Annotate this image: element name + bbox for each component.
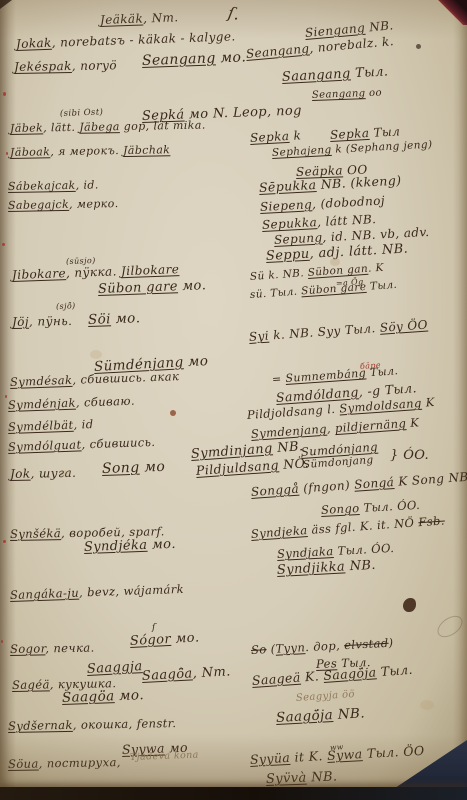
manuscript-text: Sepka (330, 126, 370, 142)
manuscript-line: Sephajeng k (Sephang jeng) (272, 140, 433, 159)
manuscript-line: Song мо (102, 460, 166, 477)
manuscript-text: Jöj (12, 315, 29, 329)
manuscript-line: Seangang, norebalz. k. (245, 35, 394, 60)
manuscript-text: NВ. (306, 770, 337, 786)
manuscript-text: Syywa (122, 741, 165, 757)
manuscript-text: ) (388, 636, 394, 650)
manuscript-line: Jokak, norebatsъ - käkak - kalyge. (16, 30, 236, 50)
manuscript-text: Siengang (304, 21, 365, 40)
manuscript-text: Syndjéka (84, 538, 148, 555)
manuscript-line: ſ (152, 624, 156, 633)
manuscript-text: NB. (kkeng) (316, 173, 402, 192)
manuscript-line: Sangáka-ju, bevz, wájamárk (10, 583, 184, 601)
manuscript-text: , id (73, 417, 93, 432)
rust-dot (170, 410, 176, 416)
manuscript-text: . K (368, 262, 385, 275)
manuscript-text: Sübon gare (301, 281, 367, 298)
manuscript-line: Sábekajcak, id. (8, 179, 99, 192)
manuscript-line: } ÓO. (390, 449, 429, 463)
manuscript-text: , id. NB. vb, adv. (322, 225, 430, 245)
manuscript-line: =a Ög (336, 278, 364, 288)
manuscript-text: Sumdónjang (301, 440, 379, 459)
manuscript-text: Seangang (312, 88, 366, 101)
manuscript-text: , Nm. (143, 10, 179, 25)
manuscript-text: Saangang (282, 66, 351, 85)
foxing-spot (60, 470, 69, 477)
manuscript-text: (süsjo) (66, 256, 96, 266)
manuscript-line: ſ. (227, 5, 242, 24)
manuscript-line: Sümdénjang мо (94, 354, 209, 374)
manuscript-text: Sumnembáng (285, 366, 367, 385)
manuscript-text: k (289, 128, 302, 143)
manuscript-line: ww (330, 743, 344, 752)
page-right-shade (453, 0, 467, 789)
manuscript-text: =a Ög (336, 277, 364, 288)
red-edge-speck (3, 92, 6, 96)
manuscript-text: Syndjeka (251, 523, 308, 541)
manuscript-text: , -g Тыл. (358, 380, 417, 399)
manuscript-line: Jäbek, lätt. Jäbega gop, lät mika. (10, 120, 206, 135)
manuscript-text: sü. Тыл. (250, 285, 302, 301)
manuscript-text: , lätt. (43, 121, 79, 135)
manuscript-text: Pildjoldsang l. (247, 402, 340, 422)
manuscript-line: Saagö̈a мо. (62, 688, 145, 705)
manuscript-text: Тыл. ÓO. (359, 498, 420, 515)
manuscript-text: (sibi Ost) (60, 107, 104, 119)
manuscript-text: , noryö (72, 58, 117, 73)
manuscript-text: NВ. (345, 558, 377, 575)
manuscript-text: NÖ. (278, 455, 309, 472)
manuscript-line: Sü k. NB. Sübon gan. K (250, 263, 385, 283)
manuscript-line: Sēpukka NB. (kkeng) (259, 174, 402, 195)
manuscript-text: K. (300, 668, 324, 685)
manuscript-text: Sogor (10, 641, 46, 656)
manuscript-text: Pes (316, 656, 338, 671)
manuscript-text: Saaggja (87, 659, 143, 677)
manuscript-line: Symdésak, сбившись. акак (10, 370, 180, 388)
manuscript-text: мо. (178, 278, 207, 294)
manuscript-text: Jokak (16, 36, 52, 51)
manuscript-text: , мерко. (69, 197, 119, 211)
manuscript-line: Jöj, пӱнь. (12, 315, 73, 329)
manuscript-text: Saagö̈a (62, 688, 115, 706)
manuscript-text: Saagö́ja (323, 664, 377, 683)
manuscript-text: Sepka (250, 129, 290, 145)
manuscript-line: бӓре (360, 362, 382, 372)
manuscript-text: Saagö́ja (276, 707, 334, 726)
manuscript-text: Тыл. (366, 279, 398, 293)
manuscript-line: Jibokare, пӱкка. Jilbokare (12, 263, 180, 281)
manuscript-line: Seppu, adj. látt. NB. (266, 243, 409, 264)
manuscript-line: Sepka Тыл (330, 125, 401, 141)
manuscript-text: , norebalz. k. (309, 34, 395, 55)
manuscript-text: , окошка, fenstr. (73, 716, 177, 732)
manuscript-line: Sagéä, кукушка. (12, 677, 117, 691)
manuscript-text: , adj. látt. NB. (309, 242, 408, 262)
manuscript-text: Syndjaka (277, 544, 334, 561)
manuscript-line: Saageä K. Saagö́ja Тыл. (252, 663, 414, 687)
manuscript-line: Sumdónjang (301, 441, 379, 458)
manuscript-text: , сбившись. акак (72, 369, 179, 387)
manuscript-text: Songo (321, 501, 360, 517)
manuscript-line: Syndjéka мо. (84, 538, 176, 555)
manuscript-text: , (326, 421, 335, 436)
red-edge-speck (1, 640, 3, 643)
manuscript-text: Seäpka (296, 163, 343, 179)
manuscript-line: Söi мо. (88, 311, 141, 327)
manuscript-text: Тыл. ÓO. (333, 541, 394, 558)
manuscript-line: (sibi Ost) (60, 108, 104, 118)
manuscript-line: Saaggja (87, 660, 143, 677)
manuscript-text: Syndjikka (277, 559, 346, 578)
manuscript-text: Song (102, 460, 140, 477)
manuscript-text: ww (330, 742, 344, 752)
manuscript-text: k. NB. Syy Тыл. (268, 321, 380, 343)
manuscript-line: Syv̈và NВ. (266, 771, 338, 787)
manuscript-text: мо. (114, 687, 144, 704)
manuscript-text: Jilbokare (121, 262, 180, 278)
manuscript-line: Syndjeka äss fgl. K. it. NÖ Fsb. (251, 514, 446, 540)
manuscript-line: Samdóldang, -g Тыл. (276, 381, 418, 404)
manuscript-text: , látt NB. (317, 212, 377, 229)
manuscript-text: , я мерокъ. (50, 144, 123, 158)
manuscript-text: , norebatsъ - käkak - kalyge. (51, 29, 235, 49)
manuscript-text: мо (183, 353, 209, 370)
manuscript-text: Jibokare (12, 266, 66, 282)
manuscript-line: Sepká мо N. Leop, nog (142, 104, 302, 123)
manuscript-text: , шуга. (30, 466, 76, 481)
manuscript-text: , id. (76, 178, 99, 191)
manuscript-text: Sywa (327, 746, 363, 763)
foxing-spot (420, 700, 434, 710)
manuscript-text: Tyyn (275, 640, 305, 656)
manuscript-line: Sydšernak, окошка, fenstr. (8, 717, 177, 732)
manuscript-line: Sepka k (250, 129, 302, 144)
manuscript-text: мо. (215, 49, 246, 66)
manuscript-text: Sümdonjang (303, 454, 374, 471)
manuscript-text: Syi (248, 329, 269, 344)
manuscript-text: Sübon gare (98, 279, 178, 297)
red-edge-speck (5, 395, 7, 398)
manuscript-line: (sjö̂) (56, 302, 76, 311)
manuscript-line: Syyüa it K. Sywa Тыл. ÖO (250, 744, 425, 766)
manuscript-text: Тыл. (376, 662, 413, 680)
manuscript-text: ( (266, 642, 276, 656)
manuscript-text: pildjernäng (334, 416, 406, 435)
manuscript-text: ОО (343, 163, 368, 178)
manuscript-text: K Song NB (394, 470, 467, 489)
ink-blot (403, 598, 416, 612)
manuscript-line: Sepung, id. NB. vb, adv. (274, 226, 430, 247)
manuscript-text: Symdésak (10, 373, 73, 389)
manuscript-lines: Jeäkäk, Nm.ſ.Jokak, norebatsъ - käkak - … (0, 0, 467, 789)
manuscript-text: Samdóldang (275, 384, 359, 405)
manuscript-text: gop, lät mika. (120, 119, 206, 133)
manuscript-text: Pildjuldsang (195, 457, 279, 478)
manuscript-text: , пӱнь. (29, 314, 73, 329)
manuscript-line: Synšékä, воробей, sparf. (10, 525, 165, 540)
manuscript-line: Syywa мо (122, 741, 188, 756)
manuscript-line: Seäpka ОО (296, 164, 368, 179)
manuscript-text: Sepukka (262, 215, 318, 232)
manuscript-text: , сбившись. (81, 435, 155, 452)
manuscript-text: elvstad (344, 636, 389, 652)
manuscript-line: Jok, шуга. (10, 467, 77, 481)
manuscript-line: Sógor мо. (130, 631, 200, 648)
manuscript-line: Jäboak, я мерокъ. Jäbchak (10, 144, 170, 158)
manuscript-line: Syndjikka NВ. (277, 559, 377, 578)
manuscript-text: Jäbega (79, 120, 120, 134)
manuscript-text: Jekéspak (14, 59, 72, 74)
manuscript-text: Sógor (130, 632, 172, 649)
manuscript-text: , постируха, (39, 755, 121, 770)
ink-dot (416, 44, 421, 49)
manuscript-text: Jäbek (10, 121, 43, 135)
manuscript-text: Sēpukka (259, 177, 317, 195)
manuscript-text: k (Sephang jeng) (331, 139, 432, 156)
manuscript-text: NB. (272, 439, 304, 456)
manuscript-text: NВ. (333, 705, 366, 723)
manuscript-line: Syndjaka Тыл. ÓO. (277, 542, 395, 560)
manuscript-text: , воробей, sparf. (61, 524, 165, 540)
manuscript-text: Sepká (142, 108, 185, 124)
manuscript-text: K (406, 415, 420, 430)
manuscript-text: ſ. (227, 3, 242, 24)
manuscript-line: Seangang мо. (142, 50, 247, 68)
manuscript-text: Saageä (251, 670, 301, 688)
manuscript-text: бӓре (360, 361, 382, 371)
manuscript-text: Symdinjang (190, 441, 273, 462)
manuscript-text: мо (139, 459, 165, 476)
manuscript-photo: Jeäkäk, Nm.ſ.Jokak, norebatsъ - käkak - … (0, 0, 467, 800)
manuscript-text: äss fgl. K. it. NÖ (307, 515, 419, 537)
manuscript-text: Seangang (142, 50, 216, 69)
manuscript-line: Sogor, печка. (10, 642, 95, 656)
foxing-spot (90, 350, 102, 359)
manuscript-text: Symdenjang (251, 422, 328, 441)
manuscript-text: (sjö̂) (56, 301, 76, 311)
manuscript-text: Sangáka-ju (10, 586, 79, 602)
manuscript-text: Söua (8, 756, 39, 771)
manuscript-text: Sábekajcak (8, 179, 76, 193)
manuscript-line: So (Tyyn. дор, elvstad) (251, 637, 394, 657)
manuscript-text: мо. (147, 537, 176, 553)
manuscript-text: Jäboak (10, 145, 50, 159)
manuscript-text: Tjadeva kona (130, 750, 199, 763)
manuscript-text: Fsb. (418, 513, 445, 529)
manuscript-line: = Sumnembáng Тыл. (272, 365, 399, 385)
manuscript-line: Saangang Тыл. (282, 65, 389, 84)
manuscript-text: , кукушка. (50, 676, 117, 691)
manuscript-line: Söua, постируха, (8, 756, 121, 770)
manuscript-text: оо (365, 88, 382, 100)
red-edge-speck (6, 152, 8, 155)
manuscript-line: (süsjo) (66, 257, 96, 266)
manuscript-text: Symdólguat (8, 437, 82, 454)
manuscript-text: Syyüa (250, 750, 291, 767)
manuscript-text: Symdénjak (8, 396, 76, 412)
manuscript-text: Syv̈và (266, 771, 307, 787)
faint-stamp (434, 612, 467, 642)
manuscript-text: Symdoldsang (339, 396, 422, 416)
manuscript-line: Seagyja öö (296, 690, 356, 705)
manuscript-line: Saagö̂a, Nm. (142, 665, 231, 683)
manuscript-text: мо. (171, 630, 200, 646)
manuscript-text: Тыл. (350, 64, 389, 81)
manuscript-text: мо. (111, 310, 141, 327)
manuscript-text: Sagéä (12, 677, 50, 692)
manuscript-text: Тыл. ÖO (362, 743, 425, 761)
gutter-shadow (0, 0, 16, 789)
manuscript-line: Sübon gare мо. (98, 279, 207, 296)
manuscript-text: Jok (10, 467, 31, 481)
table-background-bottom (0, 787, 467, 800)
manuscript-text: Songá (354, 475, 395, 492)
manuscript-text: Sepung (274, 230, 323, 247)
manuscript-text: (fngon) (298, 478, 354, 496)
corner-top-right-binding (437, 0, 467, 25)
manuscript-text: Тыл (369, 124, 401, 140)
manuscript-text: K (421, 395, 435, 410)
manuscript-text: Songgå (250, 482, 299, 499)
manuscript-text: мо N. Leop, nog (184, 103, 302, 122)
manuscript-text: Тыл. (337, 655, 371, 670)
foxing-spot (330, 258, 340, 266)
manuscript-line: Symdólguat, сбившись. (8, 436, 156, 453)
manuscript-text: NB. (364, 18, 394, 34)
manuscript-text: , сбиваю. (76, 394, 136, 410)
stain-marks (0, 0, 467, 789)
manuscript-line: Siengang NB. (304, 19, 394, 39)
manuscript-line: Syi k. NB. Syy Тыл. Söy ÖO (249, 319, 429, 344)
manuscript-text: . дор, (305, 638, 345, 654)
manuscript-line: Jekéspak, noryö (14, 59, 117, 73)
manuscript-text: Sümdénjang (94, 354, 184, 375)
manuscript-line: Songgå (fngon) Songá K Song NB (251, 471, 467, 499)
manuscript-line: Sümdonjang (303, 455, 374, 471)
manuscript-line: Sepukka, látt NB. (262, 213, 377, 232)
manuscript-line: sü. Тыл. Sübon gare Тыл. (250, 280, 398, 301)
red-edge-speck (2, 243, 5, 246)
manuscript-text: ſ (152, 623, 156, 633)
manuscript-text: Söi (88, 311, 111, 328)
manuscript-text: it K. (290, 748, 328, 765)
manuscript-text: , печка. (45, 641, 95, 656)
manuscript-text: , bevz, wájamárk (79, 582, 185, 600)
manuscript-line: Pes Тыл. (316, 656, 371, 670)
manuscript-line: Seangang оо (312, 89, 382, 102)
manuscript-text: Jeäkäk (100, 11, 144, 26)
manuscript-text: Siepeng (260, 197, 313, 214)
manuscript-text: = (272, 372, 286, 386)
manuscript-line: Symdinjang NB. (191, 440, 304, 461)
manuscript-text: } ÓO. (390, 448, 429, 463)
manuscript-text: Sydšernak (8, 718, 73, 733)
manuscript-line: Symdénjak, сбиваю. (8, 395, 135, 411)
manuscript-line: Sabegajck, мерко. (8, 198, 119, 211)
manuscript-line: Tjadeva kona (130, 751, 199, 763)
manuscript-text: , пӱкка. (66, 264, 122, 280)
manuscript-text: Synšékä (10, 526, 61, 541)
manuscript-text: Sephajeng (272, 144, 332, 159)
manuscript-text: мо (165, 740, 189, 756)
manuscript-text: Söy ÖO (379, 318, 428, 335)
manuscript-text: Тыл. (366, 364, 399, 379)
manuscript-line: Symdenjang, pildjernäng K (251, 416, 420, 440)
manuscript-line: Symdélbät, id (8, 418, 94, 433)
manuscript-text: Sabegajck (8, 198, 69, 212)
manuscript-text: Jäbchak (123, 143, 171, 157)
manuscript-text: So (251, 642, 267, 657)
manuscript-text: , Nm. (192, 664, 231, 681)
manuscript-text: Symdélbät (8, 418, 74, 434)
manuscript-text: Seppu (266, 247, 310, 264)
manuscript-text: Seagyja öö (296, 689, 356, 704)
manuscript-line: Pildjoldsang l. Symdoldsang K (247, 396, 436, 421)
manuscript-page: Jeäkäk, Nm.ſ.Jokak, norebatsъ - käkak - … (0, 0, 467, 791)
manuscript-text: Sü k. NB. (250, 267, 309, 283)
manuscript-text: , (dobodnoj (312, 193, 386, 211)
manuscript-line: Siepeng, (dobodnoj (260, 194, 386, 213)
manuscript-line: Pildjuldsang NÖ. (196, 456, 310, 477)
manuscript-line: Songo Тыл. ÓO. (321, 499, 421, 516)
manuscript-text: Sübon gan (307, 263, 368, 279)
manuscript-text: Seangang (245, 41, 310, 60)
manuscript-line: Saagö́ja NВ. (276, 706, 366, 725)
red-edge-speck (3, 540, 6, 543)
manuscript-text: Saagö̂a (142, 666, 193, 684)
manuscript-line: Jeäkäk, Nm. (100, 11, 179, 26)
